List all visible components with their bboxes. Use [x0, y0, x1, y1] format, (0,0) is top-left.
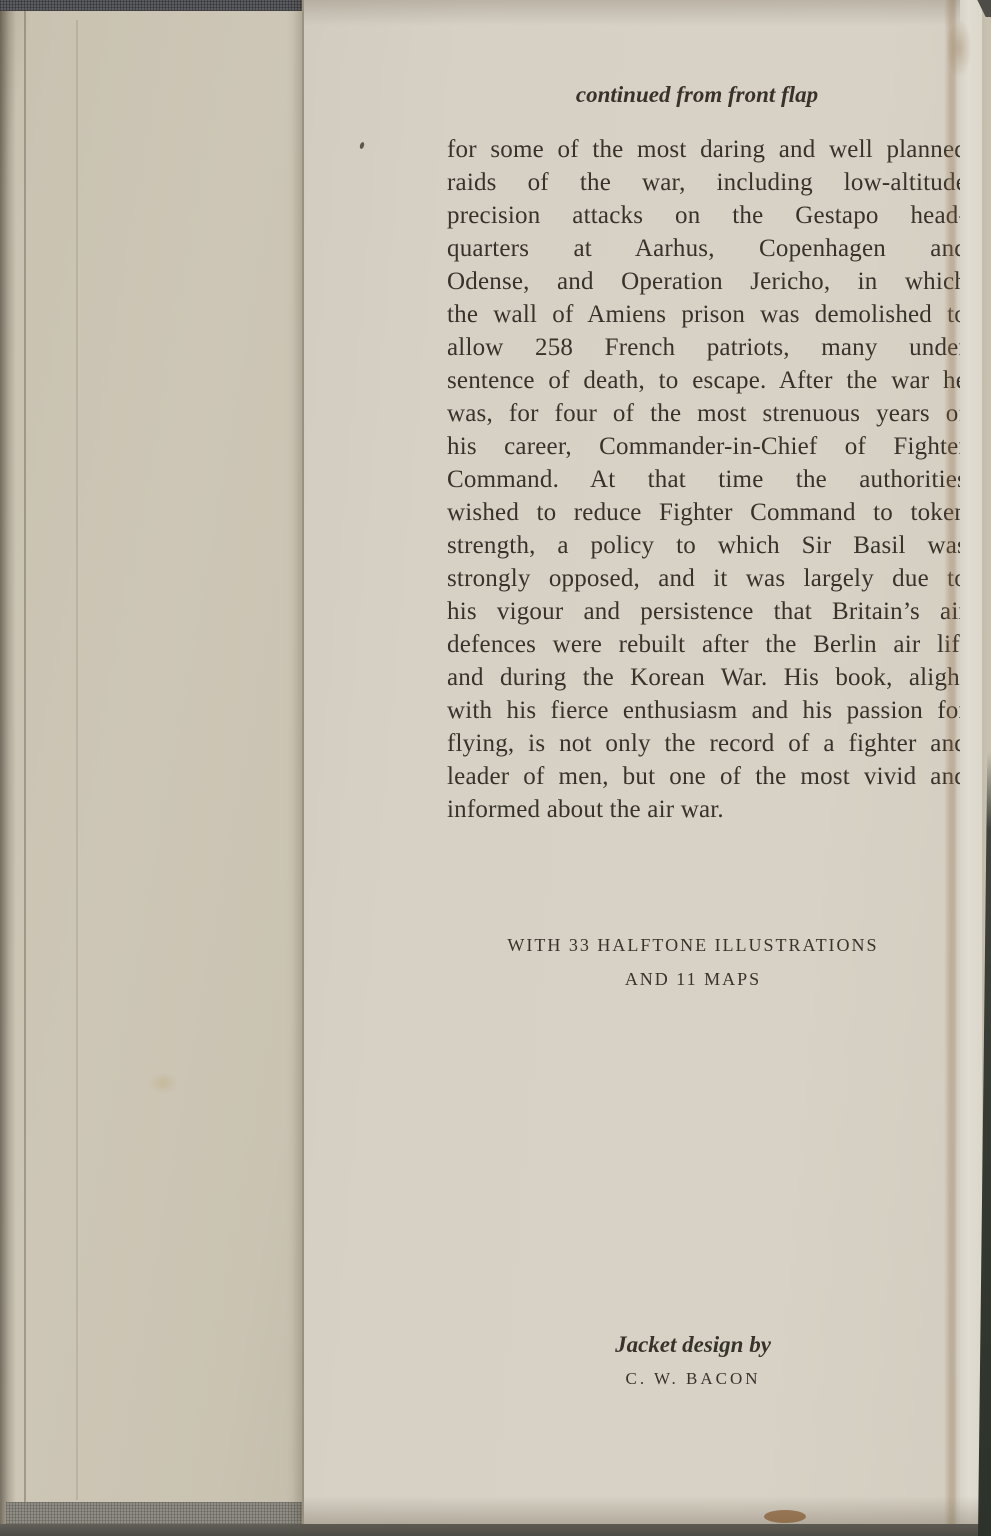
cover-cloth-top-edge — [0, 0, 306, 11]
paper-stain — [148, 1072, 178, 1094]
body-line: allow 258 French patriots, many under — [447, 331, 967, 364]
gutter-shadow — [0, 0, 16, 1536]
flap-bottom-shadow — [304, 1496, 982, 1524]
flap-fold-edge — [960, 0, 982, 1524]
flap-fold-crease — [944, 0, 958, 1524]
flap-heading: continued from front flap — [437, 82, 957, 108]
body-line: and during the Korean War. His book, ali… — [447, 661, 967, 694]
body-line: informed about the air war. — [447, 793, 967, 826]
cloth-stain — [764, 1510, 806, 1523]
body-line: Command. At that time the authorities — [447, 463, 967, 496]
body-line: leader of men, but one of the most vivid… — [447, 760, 967, 793]
book-bottom-edge — [0, 1524, 991, 1536]
body-line: wished to reduce Fighter Command to toke… — [447, 496, 967, 529]
body-line: for some of the most daring and well pla… — [447, 133, 967, 166]
body-line: his vigour and persistence that Britain’… — [447, 595, 967, 628]
body-line: the wall of Amiens prison was demolished… — [447, 298, 967, 331]
illustrations-note-line1: WITH 33 HALFTONE ILLUSTRATIONS — [433, 928, 953, 962]
body-line: with his fierce enthusiasm and his passi… — [447, 694, 967, 727]
pastedown-crease-faint — [76, 20, 78, 1500]
body-line: strength, a policy to which Sir Basil wa… — [447, 529, 967, 562]
jacket-back-flap: continued from front flap for some of th… — [302, 0, 982, 1524]
body-line: his career, Commander-in-Chief of Fighte… — [447, 430, 967, 463]
book-inside-cover-photo: continued from front flap for some of th… — [0, 0, 991, 1536]
body-line: flying, is not only the record of a figh… — [447, 727, 967, 760]
illustrations-note: WITH 33 HALFTONE ILLUSTRATIONS AND 11 MA… — [433, 928, 953, 996]
body-line: was, for four of the most strenuous year… — [447, 397, 967, 430]
body-line: defences were rebuilt after the Berlin a… — [447, 628, 967, 661]
body-line: precision attacks on the Gestapo head- — [447, 199, 967, 232]
body-line: quarters at Aarhus, Copenhagen and — [447, 232, 967, 265]
fold-stain — [946, 18, 972, 78]
credit-byline: Jacket design by — [433, 1330, 953, 1360]
illustrations-note-line2: AND 11 MAPS — [433, 962, 953, 996]
body-line: sentence of death, to escape. After the … — [447, 364, 967, 397]
flap-top-shadow — [304, 0, 982, 26]
pastedown-board — [0, 0, 320, 1536]
flap-body-paragraph: for some of the most daring and well pla… — [447, 133, 967, 826]
pastedown-crease — [24, 8, 26, 1508]
credit-designer-name: C. W. BACON — [433, 1360, 953, 1398]
body-line: raids of the war, including low-altitude — [447, 166, 967, 199]
body-line: strongly opposed, and it was largely due… — [447, 562, 967, 595]
body-line: Odense, and Operation Jericho, in which — [447, 265, 967, 298]
jacket-design-credit: Jacket design by C. W. BACON — [433, 1330, 953, 1398]
